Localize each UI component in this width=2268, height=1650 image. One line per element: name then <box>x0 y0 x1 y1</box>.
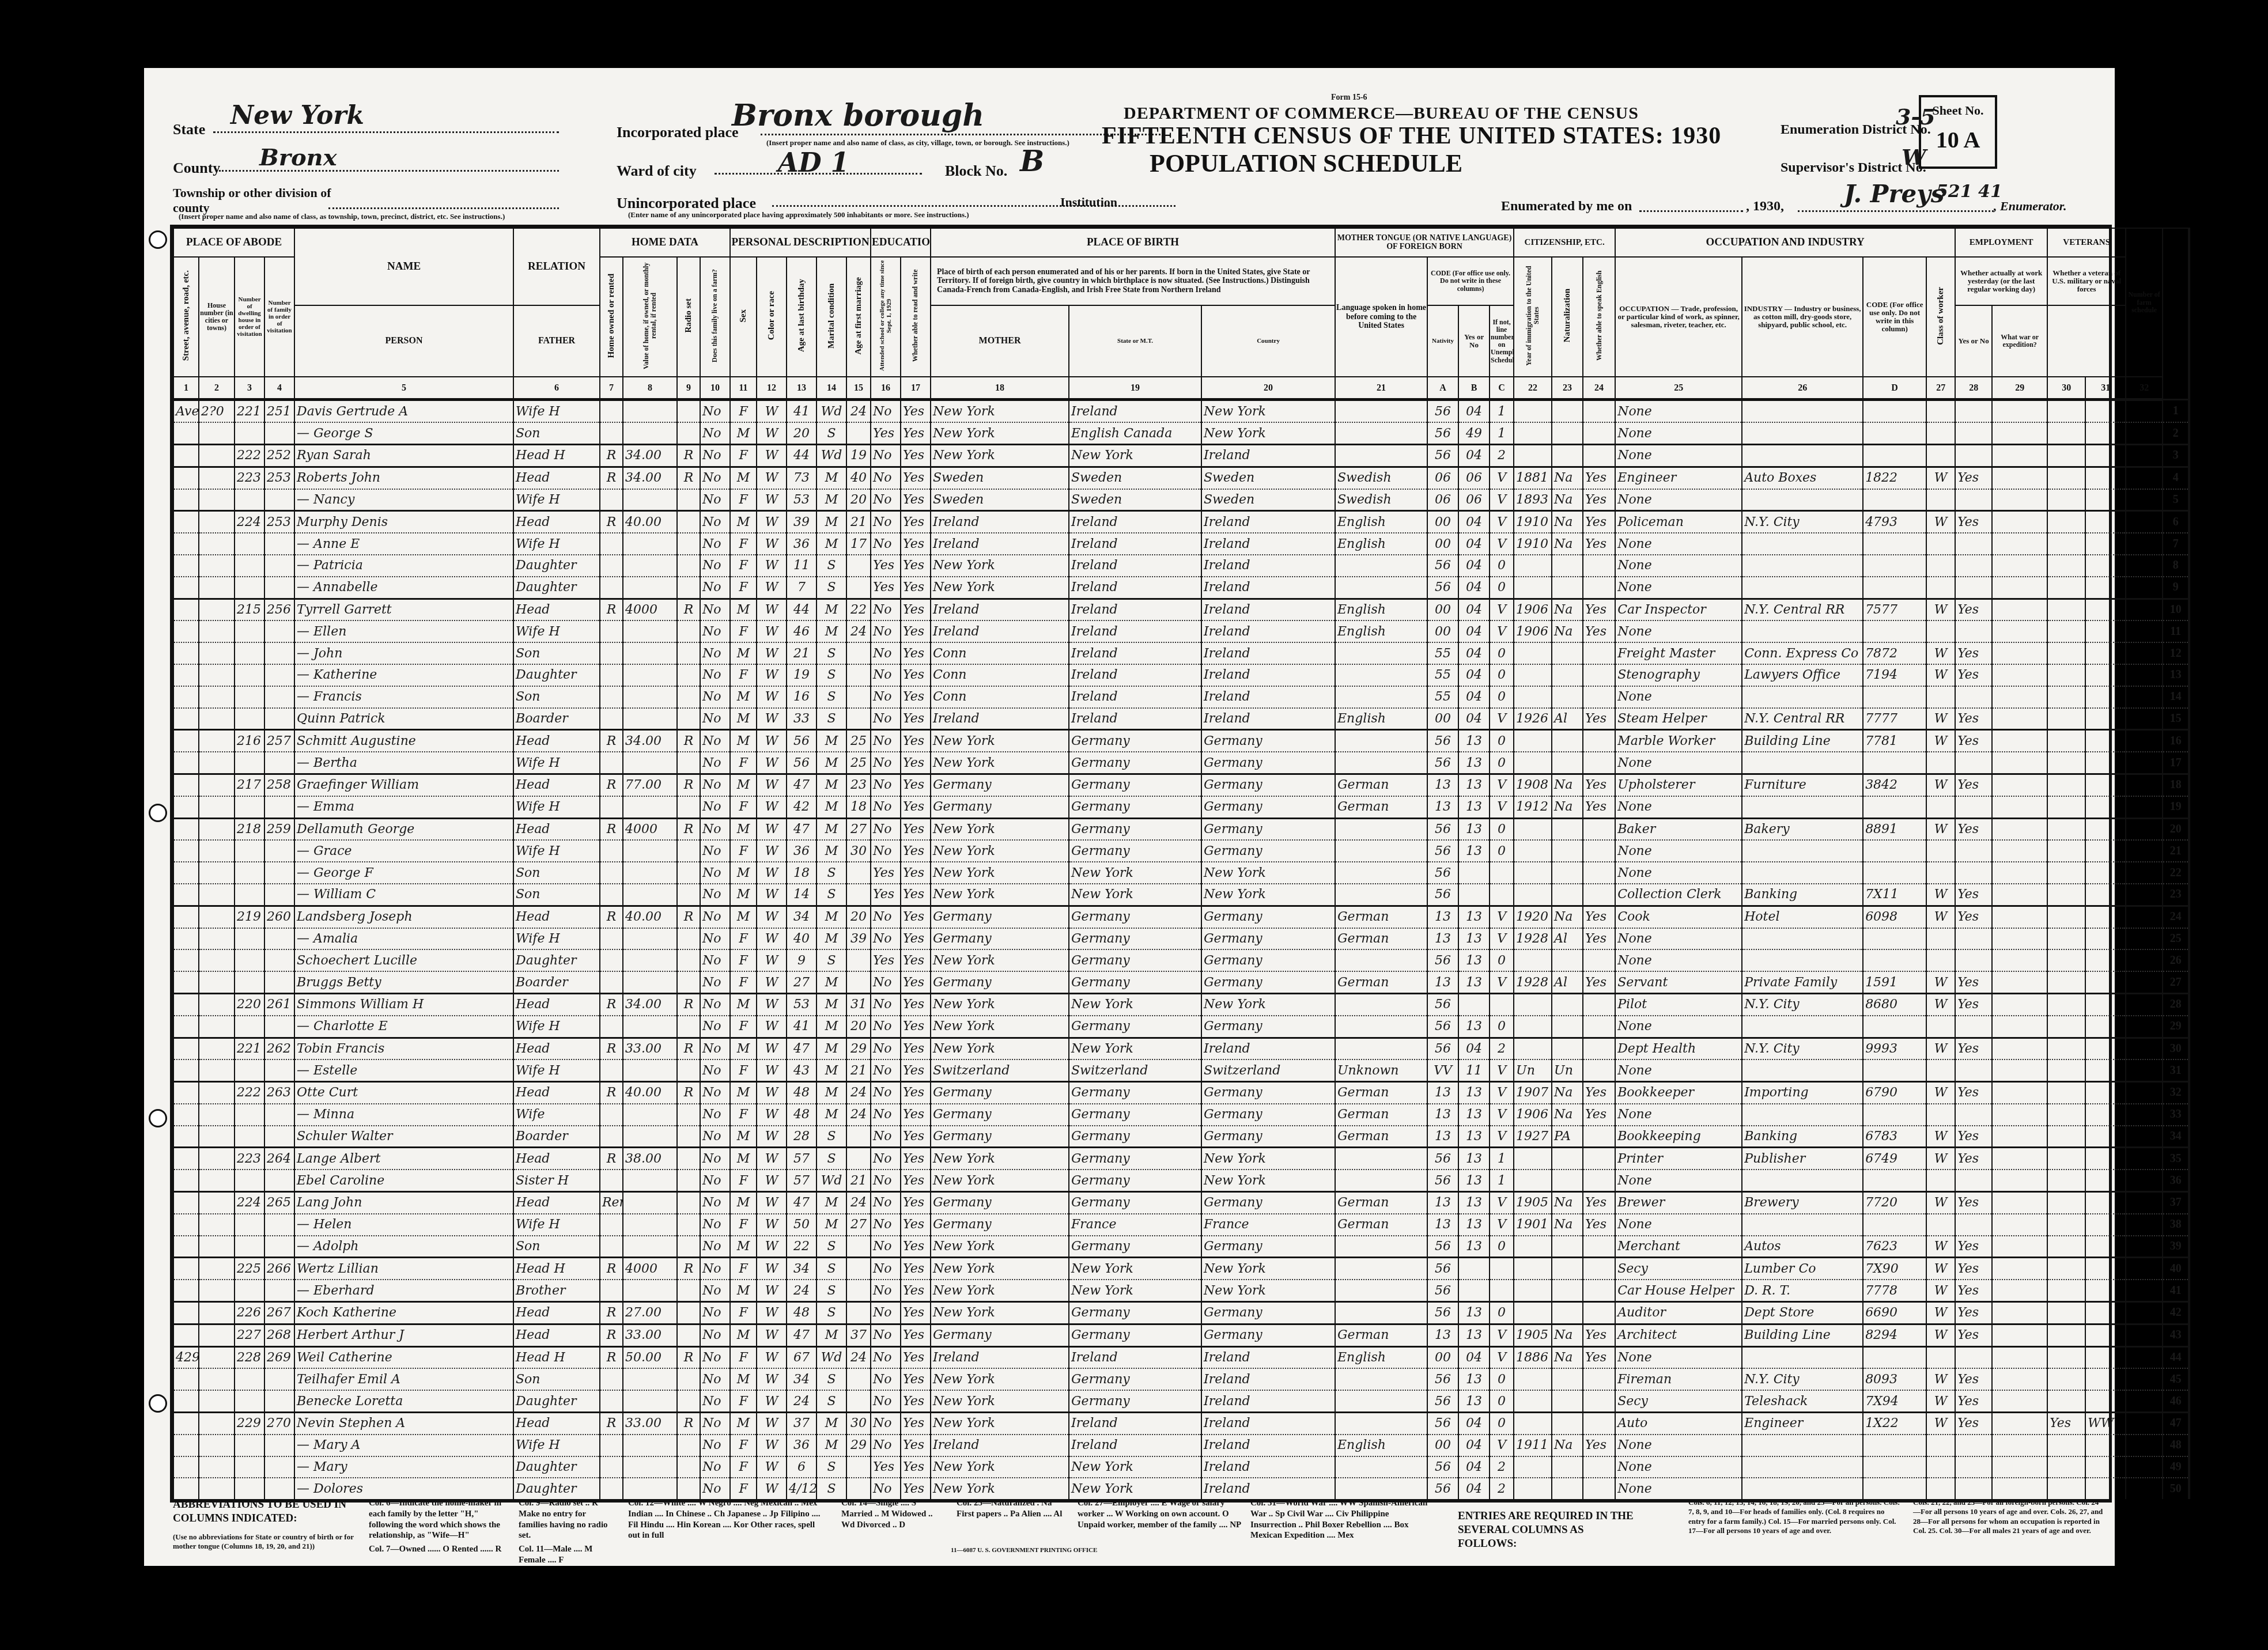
father-birthplace: New York <box>1069 1478 1201 1499</box>
war <box>2085 1214 2126 1236</box>
class-of-worker <box>1926 1170 1955 1191</box>
naturalization: Na <box>1552 796 1583 818</box>
family-number: 256 <box>264 599 294 620</box>
race: W <box>757 1170 787 1191</box>
occupation-code <box>1863 1170 1926 1191</box>
home-tenure: R <box>600 1148 623 1170</box>
father-birthplace: New York <box>1069 1456 1201 1478</box>
relationship: Wife H <box>513 1435 600 1456</box>
house-number <box>199 1413 235 1435</box>
mother-tongue <box>1335 730 1427 752</box>
radio-set: R <box>677 774 700 796</box>
age: 34 <box>787 1368 817 1390</box>
industry: N.Y. City <box>1742 993 1863 1015</box>
street <box>173 796 199 818</box>
home-value <box>623 555 677 577</box>
naturalization: Na <box>1552 1435 1583 1456</box>
age-at-marriage <box>846 971 871 993</box>
code-state: 13 <box>1427 1214 1458 1236</box>
code-country: 13 <box>1458 774 1490 796</box>
war <box>2085 993 2126 1015</box>
at-work: Yes <box>1955 730 1992 752</box>
age: 57 <box>787 1148 817 1170</box>
enumerator-signature: J. Preys <box>1844 180 1944 208</box>
marital-status: M <box>817 752 846 774</box>
code-country: 04 <box>1458 533 1490 555</box>
mother-birthplace: Ireland <box>1201 1368 1335 1390</box>
marital-status: M <box>817 599 846 620</box>
mother-tongue <box>1335 422 1427 444</box>
dwelling-number <box>235 664 264 686</box>
home-tenure <box>600 686 623 708</box>
census-title: FIFTEENTH CENSUS OF THE UNITED STATES: 1… <box>1102 122 1721 150</box>
sex: M <box>730 467 757 489</box>
street <box>173 620 199 642</box>
farm-schedule <box>2126 1413 2163 1435</box>
line-number: 9 <box>2163 577 2189 599</box>
column-number: 18 <box>931 377 1069 400</box>
marital-status: S <box>817 1390 846 1412</box>
naturalization <box>1552 840 1583 862</box>
father-birthplace: Germany <box>1069 1236 1201 1258</box>
department-title: DEPARTMENT OF COMMERCE—BUREAU OF THE CEN… <box>1124 104 1639 123</box>
mother-birthplace: Germany <box>1201 1082 1335 1104</box>
family-number: 267 <box>264 1302 294 1324</box>
mother-birthplace: Ireland <box>1201 1038 1335 1059</box>
father-birthplace: Sweden <box>1069 467 1201 489</box>
enumerator-label: , Enumerator. <box>1994 199 2067 214</box>
immigration-year: Un <box>1514 1059 1552 1081</box>
home-value <box>623 577 677 599</box>
table-row: Ebel CarolineSister HNoFW57Wd21NoYesNew … <box>173 1170 2189 1191</box>
farm-residence: No <box>700 949 730 971</box>
at-work <box>1955 862 1992 884</box>
race: W <box>757 752 787 774</box>
code-state: 13 <box>1427 928 1458 950</box>
sex: F <box>730 533 757 555</box>
radio-set: R <box>677 730 700 752</box>
speaks-english <box>1583 577 1615 599</box>
relationship: Head <box>513 818 600 840</box>
father-birthplace: Germany <box>1069 906 1201 928</box>
unemployment-line <box>1992 840 2047 862</box>
dwelling-number <box>235 708 264 730</box>
relationship: Wife H <box>513 533 600 555</box>
home-tenure <box>600 1478 623 1499</box>
house-number <box>199 664 235 686</box>
literacy: Yes <box>901 467 931 489</box>
farm-residence: No <box>700 1192 730 1214</box>
mother-tongue <box>1335 642 1427 664</box>
family-number <box>264 577 294 599</box>
veteran <box>2047 906 2085 928</box>
war <box>2085 906 2126 928</box>
sex: F <box>730 400 757 422</box>
column-number: 2 <box>199 377 235 400</box>
group-home-data: HOME DATA <box>600 228 730 257</box>
occupation: Freight Master <box>1615 642 1742 664</box>
race: W <box>757 1038 787 1059</box>
marital-status: Wd <box>817 1346 846 1368</box>
veteran <box>2047 1038 2085 1059</box>
farm-schedule <box>2126 862 2163 884</box>
incorporated-value: Bronx borough <box>732 98 984 133</box>
home-value <box>623 1456 677 1478</box>
age-at-marriage <box>846 1236 871 1258</box>
class-of-worker <box>1926 928 1955 950</box>
street <box>173 1148 199 1170</box>
birthplace: Germany <box>931 1104 1069 1126</box>
farm-schedule <box>2126 599 2163 620</box>
age: 50 <box>787 1214 817 1236</box>
father-birthplace: Germany <box>1069 1082 1201 1104</box>
column-number: 15 <box>846 377 871 400</box>
line-number: 35 <box>2163 1148 2189 1170</box>
speaks-english <box>1583 422 1615 444</box>
war <box>2085 1104 2126 1126</box>
line-number: 21 <box>2163 840 2189 862</box>
occupation: None <box>1615 686 1742 708</box>
sex: M <box>730 708 757 730</box>
occupation: Engineer <box>1615 467 1742 489</box>
code-state: 56 <box>1427 1413 1458 1435</box>
schedule-title: POPULATION SCHEDULE <box>1150 149 1462 178</box>
relationship: Daughter <box>513 1456 600 1478</box>
literacy: Yes <box>901 1390 931 1412</box>
home-tenure <box>600 422 623 444</box>
home-tenure: R <box>600 1413 623 1435</box>
farm-residence: No <box>700 971 730 993</box>
home-value <box>623 1126 677 1148</box>
mother-tongue: German <box>1335 1324 1427 1346</box>
relationship: Wife H <box>513 840 600 862</box>
birthplace: Germany <box>931 906 1069 928</box>
code-country: 49 <box>1458 422 1490 444</box>
school-attendance: No <box>871 1016 901 1038</box>
at-work: Yes <box>1955 1038 1992 1059</box>
code-state: VV <box>1427 1059 1458 1081</box>
age-at-marriage: 30 <box>846 840 871 862</box>
class-of-worker <box>1926 862 1955 884</box>
code-state: 55 <box>1427 664 1458 686</box>
person-name: Ryan Sarah <box>294 444 513 467</box>
relationship: Head <box>513 1148 600 1170</box>
dwelling-number <box>235 752 264 774</box>
age: 19 <box>787 664 817 686</box>
family-number: 253 <box>264 511 294 533</box>
header-farm-schedule: Number of farm schedule <box>2126 228 2163 377</box>
column-number: 16 <box>871 377 901 400</box>
veteran <box>2047 599 2085 620</box>
school-attendance: Yes <box>871 884 901 906</box>
birthplace: Germany <box>931 1126 1069 1148</box>
unemployment-line <box>1992 555 2047 577</box>
home-tenure <box>600 533 623 555</box>
home-tenure: R <box>600 1258 623 1280</box>
home-tenure: R <box>600 993 623 1015</box>
family-number <box>264 620 294 642</box>
age-at-marriage: 37 <box>846 1324 871 1346</box>
race: W <box>757 949 787 971</box>
street <box>173 1456 199 1478</box>
code-country: 13 <box>1458 1214 1490 1236</box>
mother-tongue <box>1335 1368 1427 1390</box>
dwelling-number: 227 <box>235 1324 264 1346</box>
code-country: 13 <box>1458 730 1490 752</box>
family-number <box>264 752 294 774</box>
person-name: — Mary <box>294 1456 513 1478</box>
house-number <box>199 708 235 730</box>
street <box>173 884 199 906</box>
marital-status: M <box>817 1435 846 1456</box>
code-country: 04 <box>1458 664 1490 686</box>
house-number <box>199 774 235 796</box>
code-country: 13 <box>1458 1192 1490 1214</box>
school-attendance: No <box>871 1059 901 1081</box>
birthplace: Sweden <box>931 489 1069 511</box>
mother-birthplace: Germany <box>1201 906 1335 928</box>
birthplace: New York <box>931 577 1069 599</box>
radio-set: R <box>677 818 700 840</box>
age: 53 <box>787 993 817 1015</box>
unemployment-line <box>1992 1214 2047 1236</box>
family-number <box>264 971 294 993</box>
occupation-code <box>1863 796 1926 818</box>
industry: Lumber Co <box>1742 1258 1863 1280</box>
sex: M <box>730 1148 757 1170</box>
code-state: 56 <box>1427 400 1458 422</box>
column-number: 25 <box>1615 377 1742 400</box>
home-tenure <box>600 1280 623 1301</box>
table-row: 220261Simmons William HHeadR34.00RNoMW53… <box>173 993 2189 1015</box>
sex: M <box>730 1413 757 1435</box>
sex: F <box>730 1456 757 1478</box>
street: 429 <box>173 1346 199 1368</box>
unemployment-line <box>1992 400 2047 422</box>
radio-set: R <box>677 906 700 928</box>
speaks-english: Yes <box>1583 906 1615 928</box>
code-state: 56 <box>1427 1258 1458 1280</box>
age-at-marriage: 19 <box>846 444 871 467</box>
occupation-code: 8093 <box>1863 1368 1926 1390</box>
home-tenure: R <box>600 1302 623 1324</box>
sex: M <box>730 511 757 533</box>
immigration-year: 1911 <box>1514 1435 1552 1456</box>
marital-status: M <box>817 993 846 1015</box>
class-of-worker: W <box>1926 1236 1955 1258</box>
mother-birthplace: Ireland <box>1201 444 1335 467</box>
abbrev-col27: Col. 27—Employer .... E Wage or salary w… <box>1078 1498 1245 1530</box>
dwelling-number <box>235 971 264 993</box>
class-of-worker <box>1926 949 1955 971</box>
occupation-code: 6783 <box>1863 1126 1926 1148</box>
class-of-worker <box>1926 489 1955 511</box>
dwelling-number <box>235 1368 264 1390</box>
speaks-english <box>1583 818 1615 840</box>
family-number <box>264 949 294 971</box>
naturalization <box>1552 1038 1583 1059</box>
code-state: 56 <box>1427 862 1458 884</box>
war <box>2085 708 2126 730</box>
speaks-english <box>1583 1148 1615 1170</box>
race: W <box>757 818 787 840</box>
line-number: 16 <box>2163 730 2189 752</box>
mother-tongue <box>1335 664 1427 686</box>
person-name: — Helen <box>294 1214 513 1236</box>
header-age-first-marriage: Age at first marriage <box>854 277 864 355</box>
column-number: 13 <box>787 377 817 400</box>
family-number <box>264 884 294 906</box>
home-tenure <box>600 1059 623 1081</box>
industry: Bakery <box>1742 818 1863 840</box>
mother-birthplace: Ireland <box>1201 642 1335 664</box>
table-row: — EllenWife HNoFW46M24NoYesIrelandIrelan… <box>173 620 2189 642</box>
naturalization <box>1552 818 1583 840</box>
home-value <box>623 422 677 444</box>
radio-set <box>677 752 700 774</box>
father-birthplace: Germany <box>1069 1126 1201 1148</box>
speaks-english: Yes <box>1583 928 1615 950</box>
family-number <box>264 928 294 950</box>
school-attendance: Yes <box>871 1456 901 1478</box>
class-of-worker <box>1926 1214 1955 1236</box>
age: 40 <box>787 928 817 950</box>
speaks-english <box>1583 400 1615 422</box>
occupation: Collection Clerk <box>1615 884 1742 906</box>
table-row: Bruggs BettyBoarderNoFW27MNoYesGermanyGe… <box>173 971 2189 993</box>
naturalization <box>1552 1236 1583 1258</box>
school-attendance: No <box>871 928 901 950</box>
house-number <box>199 620 235 642</box>
race: W <box>757 1104 787 1126</box>
farm-schedule <box>2126 1236 2163 1258</box>
code-state: 56 <box>1427 1302 1458 1324</box>
mother-tongue: German <box>1335 928 1427 950</box>
speaks-english: Yes <box>1583 511 1615 533</box>
marital-status: S <box>817 949 846 971</box>
home-tenure: R <box>600 511 623 533</box>
school-attendance: No <box>871 1192 901 1214</box>
house-number: 2?0 <box>199 400 235 422</box>
table-row: 218259Dellamuth GeorgeHeadR4000RNoMW47M2… <box>173 818 2189 840</box>
header-unemployment-line: If not, line number on Unemployment Sche… <box>1490 305 1514 377</box>
mother-tongue: Swedish <box>1335 467 1427 489</box>
home-value <box>623 752 677 774</box>
at-work <box>1955 577 1992 599</box>
unemployment-line <box>1992 862 2047 884</box>
sex: M <box>730 862 757 884</box>
code-nativity: 2 <box>1490 1456 1514 1478</box>
code-country: 04 <box>1458 686 1490 708</box>
code-country: 13 <box>1458 949 1490 971</box>
home-value <box>623 1236 677 1258</box>
dwelling-number: 219 <box>235 906 264 928</box>
occupation-code <box>1863 686 1926 708</box>
literacy: Yes <box>901 1413 931 1435</box>
header-code-country: Country <box>1201 305 1335 377</box>
farm-schedule <box>2126 1059 2163 1081</box>
sheet-value: 10 A <box>1921 126 1995 153</box>
radio-set: R <box>677 1082 700 1104</box>
class-of-worker <box>1926 1478 1955 1499</box>
farm-residence: No <box>700 1478 730 1499</box>
dwelling-number <box>235 884 264 906</box>
father-birthplace: Ireland <box>1069 664 1201 686</box>
abbrev-title: ABBREVIATIONS TO BE USED IN COLUMNS INDI… <box>173 1498 363 1526</box>
class-of-worker: W <box>1926 599 1955 620</box>
code-country: 13 <box>1458 1082 1490 1104</box>
code-state: 56 <box>1427 818 1458 840</box>
class-of-worker: W <box>1926 1258 1955 1280</box>
naturalization <box>1552 1456 1583 1478</box>
birthplace: New York <box>931 1456 1069 1478</box>
at-work: Yes <box>1955 774 1992 796</box>
house-number <box>199 949 235 971</box>
age: 46 <box>787 620 817 642</box>
code-state: 56 <box>1427 884 1458 906</box>
immigration-year: 1928 <box>1514 971 1552 993</box>
naturalization: Na <box>1552 1324 1583 1346</box>
farm-schedule <box>2126 1082 2163 1104</box>
birthplace: New York <box>931 1148 1069 1170</box>
occupation-code: 1591 <box>1863 971 1926 993</box>
war <box>2085 1478 2126 1499</box>
marital-status: S <box>817 577 846 599</box>
industry <box>1742 577 1863 599</box>
column-number: 29 <box>1992 377 2047 400</box>
sex: M <box>730 1082 757 1104</box>
naturalization <box>1552 1390 1583 1412</box>
age: 34 <box>787 906 817 928</box>
dwelling-number <box>235 1126 264 1148</box>
industry <box>1742 840 1863 862</box>
race: W <box>757 620 787 642</box>
literacy: Yes <box>901 1126 931 1148</box>
table-row: Teilhafer Emil ASonNoMW34SNoYesNew YorkG… <box>173 1368 2189 1390</box>
sex: F <box>730 555 757 577</box>
father-birthplace: Germany <box>1069 1170 1201 1191</box>
speaks-english <box>1583 686 1615 708</box>
farm-schedule <box>2126 620 2163 642</box>
print-code: 11—6087 U. S. GOVERNMENT PRINTING OFFICE <box>951 1547 1097 1555</box>
table-row: — AdolphSonNoMW22SNoYesNew YorkGermanyGe… <box>173 1236 2189 1258</box>
home-tenure <box>600 1016 623 1038</box>
literacy: Yes <box>901 1258 931 1280</box>
code-state: 56 <box>1427 949 1458 971</box>
farm-residence: No <box>700 489 730 511</box>
age: 73 <box>787 467 817 489</box>
occupation-code <box>1863 1478 1926 1499</box>
literacy: Yes <box>901 555 931 577</box>
column-number: 24 <box>1583 377 1615 400</box>
marital-status: M <box>817 840 846 862</box>
occupation: Car House Helper <box>1615 1280 1742 1301</box>
marital-status: S <box>817 555 846 577</box>
radio-set: R <box>677 1413 700 1435</box>
father-birthplace: New York <box>1069 1280 1201 1301</box>
line-number: 30 <box>2163 1038 2189 1059</box>
farm-residence: No <box>700 708 730 730</box>
incorporated-label: Incorporated place <box>617 124 739 141</box>
occupation-code <box>1863 752 1926 774</box>
sex: F <box>730 1390 757 1412</box>
race: W <box>757 489 787 511</box>
home-tenure <box>600 642 623 664</box>
occupation-code <box>1863 1435 1926 1456</box>
naturalization: Na <box>1552 1192 1583 1214</box>
veteran <box>2047 1126 2085 1148</box>
occupation: Car Inspector <box>1615 599 1742 620</box>
